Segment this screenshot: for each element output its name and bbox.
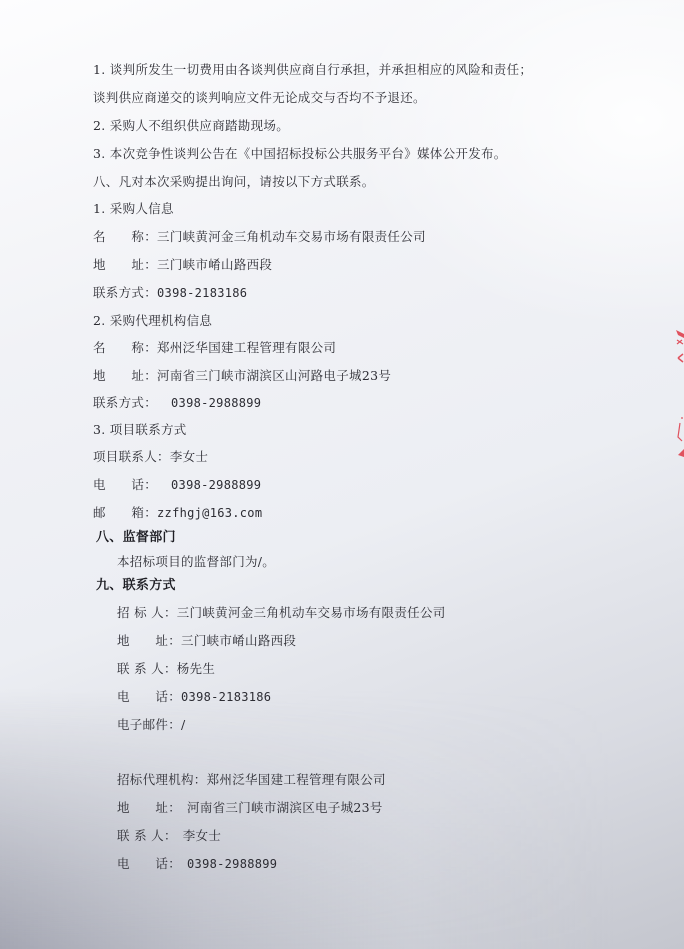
agency-contact-label: 联系方式： bbox=[93, 395, 157, 411]
agency-name-row: 名 称：郑州泛华国建工程管理有限公司 bbox=[93, 340, 336, 356]
agency-contact-value: 0398-2988899 bbox=[171, 396, 261, 410]
tenderer-address-row: 地 址：三门峡市崤山路西段 bbox=[117, 633, 296, 649]
tenderer-email-row: 电子邮件：/ bbox=[117, 717, 186, 733]
stamp-fragment-icon bbox=[670, 415, 684, 463]
stamp-fragment-icon bbox=[670, 328, 684, 381]
tenderer-phone-row: 电 话：0398-2183186 bbox=[117, 689, 271, 705]
agent-address-value: 河南省三门峡市湖滨区电子城23号 bbox=[187, 800, 383, 815]
clause-2: 2. 采购人不组织供应商踏勘现场。 bbox=[93, 118, 289, 134]
purchaser-name-row: 名 称：三门峡黄河金三角机动车交易市场有限责任公司 bbox=[93, 229, 426, 245]
purchaser-name-label: 名 称： bbox=[93, 229, 157, 245]
agent-row: 招标代理机构：郑州泛华国建工程管理有限公司 bbox=[117, 772, 386, 788]
agent-label: 招标代理机构： bbox=[117, 772, 207, 788]
agency-address-value: 河南省三门峡市湖滨区山河路电子城23号 bbox=[157, 368, 391, 383]
purchaser-contact-value: 0398-2183186 bbox=[157, 286, 247, 300]
agent-value: 郑州泛华国建工程管理有限公司 bbox=[207, 772, 386, 787]
clause-1-line-2: 谈判供应商递交的谈判响应文件无论成交与否均不予退还。 bbox=[93, 90, 426, 106]
agent-person-row: 联 系 人：李女士 bbox=[117, 828, 221, 844]
tenderer-person-label: 联 系 人： bbox=[117, 661, 177, 677]
tenderer-address-value: 三门峡市崤山路西段 bbox=[181, 633, 296, 648]
clause-1-line-1: 1. 谈判所发生一切费用由各谈判供应商自行承担，并承担相应的风险和责任； bbox=[93, 62, 532, 78]
clause-3: 3. 本次竞争性谈判公告在《中国招标投标公共服务平台》媒体公开发布。 bbox=[93, 146, 507, 162]
project-phone-label: 电 话： bbox=[93, 477, 157, 493]
agency-name-label: 名 称： bbox=[93, 340, 157, 356]
project-phone-row: 电 话：0398-2988899 bbox=[93, 477, 261, 493]
tenderer-email-value: / bbox=[181, 717, 186, 732]
tenderer-value: 三门峡黄河金三角机动车交易市场有限责任公司 bbox=[177, 605, 446, 620]
agent-person-label: 联 系 人： bbox=[117, 828, 177, 844]
supervision-text: 本招标项目的监督部门为/。 bbox=[117, 554, 275, 570]
tenderer-row: 招 标 人：三门峡黄河金三角机动车交易市场有限责任公司 bbox=[117, 605, 446, 621]
supervision-heading: 八、监督部门 bbox=[96, 530, 176, 546]
tenderer-phone-label: 电 话： bbox=[117, 689, 181, 705]
page-shadow bbox=[0, 689, 684, 949]
agent-phone-row: 电 话：0398-2988899 bbox=[117, 856, 277, 872]
agent-phone-label: 电 话： bbox=[117, 856, 181, 872]
agent-person-value: 李女士 bbox=[183, 828, 221, 843]
inquiry-heading: 八、凡对本次采购提出询问，请按以下方式联系。 bbox=[93, 174, 375, 190]
purchaser-address-value: 三门峡市崤山路西段 bbox=[157, 257, 272, 272]
tenderer-person-value: 杨先生 bbox=[177, 661, 215, 676]
tenderer-email-label: 电子邮件： bbox=[117, 717, 181, 733]
agency-heading: 2. 采购代理机构信息 bbox=[93, 313, 212, 329]
agency-address-row: 地 址：河南省三门峡市湖滨区山河路电子城23号 bbox=[93, 368, 391, 384]
purchaser-contact-label: 联系方式： bbox=[93, 285, 157, 301]
purchaser-contact-row: 联系方式：0398-2183186 bbox=[93, 285, 247, 301]
agent-phone-value: 0398-2988899 bbox=[187, 857, 277, 871]
agency-contact-row: 联系方式：0398-2988899 bbox=[93, 395, 261, 411]
project-phone-value: 0398-2988899 bbox=[171, 478, 261, 492]
project-email-row: 邮 箱：zzfhgj@163.com bbox=[93, 505, 262, 521]
project-person-label: 项目联系人： bbox=[93, 449, 170, 465]
purchaser-heading: 1. 采购人信息 bbox=[93, 201, 174, 217]
purchaser-address-label: 地 址： bbox=[93, 257, 157, 273]
contact-section-heading: 九、联系方式 bbox=[96, 578, 176, 594]
agency-address-label: 地 址： bbox=[93, 368, 157, 384]
agent-address-row: 地 址：河南省三门峡市湖滨区电子城23号 bbox=[117, 800, 383, 816]
tenderer-label: 招 标 人： bbox=[117, 605, 177, 621]
tenderer-address-label: 地 址： bbox=[117, 633, 181, 649]
agent-address-label: 地 址： bbox=[117, 800, 181, 816]
project-person-row: 项目联系人：李女士 bbox=[93, 449, 208, 465]
project-email-value: zzfhgj@163.com bbox=[157, 506, 262, 520]
purchaser-address-row: 地 址：三门峡市崤山路西段 bbox=[93, 257, 272, 273]
project-contact-heading: 3. 项目联系方式 bbox=[93, 422, 187, 438]
project-email-label: 邮 箱： bbox=[93, 505, 157, 521]
purchaser-name-value: 三门峡黄河金三角机动车交易市场有限责任公司 bbox=[157, 229, 426, 244]
tenderer-phone-value: 0398-2183186 bbox=[181, 690, 271, 704]
project-person-value: 李女士 bbox=[170, 449, 208, 464]
tenderer-person-row: 联 系 人：杨先生 bbox=[117, 661, 215, 677]
agency-name-value: 郑州泛华国建工程管理有限公司 bbox=[157, 340, 336, 355]
